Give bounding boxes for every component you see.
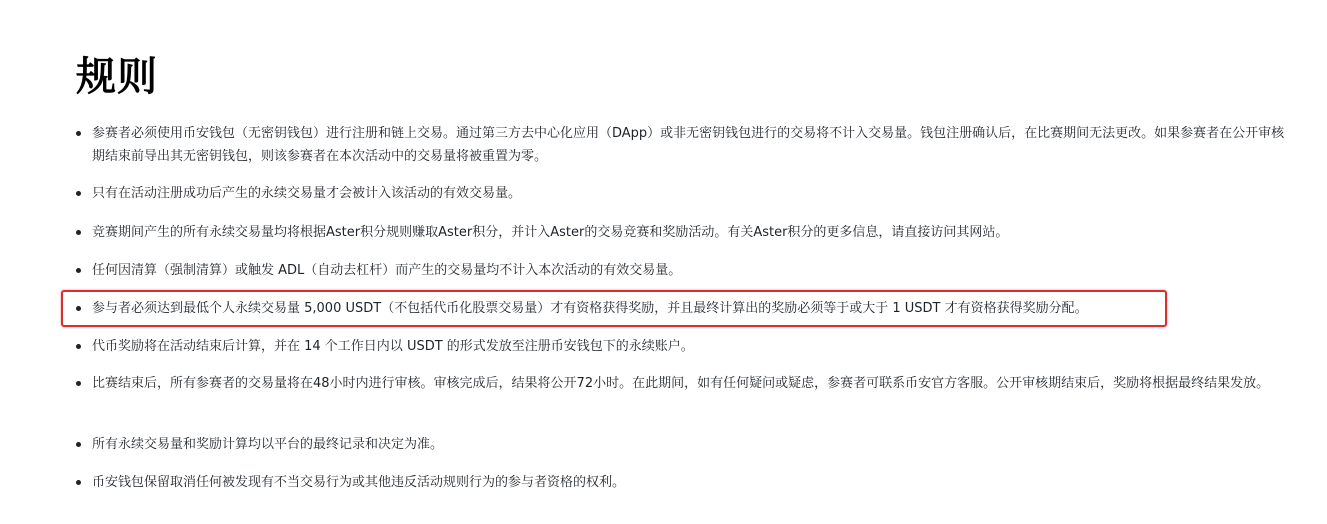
bullet-icon	[76, 191, 81, 196]
page-title: 规则	[76, 52, 158, 102]
bullet-icon	[76, 131, 81, 136]
rule-item: 代币奖励将在活动结束后计算，并在 14 个工作日内以 USDT 的形式发放至注册…	[76, 335, 1286, 358]
bullet-icon	[76, 480, 81, 485]
rule-item: 币安钱包保留取消任何被发现有不当交易行为或其他违反活动规则行为的参与者资格的权利…	[76, 471, 1286, 494]
bullet-icon	[76, 442, 81, 447]
rule-item: 参赛者必须使用币安钱包（无密钥钱包）进行注册和链上交易。通过第三方去中心化应用（…	[76, 122, 1286, 168]
bullet-icon	[76, 268, 81, 273]
rule-item: 任何因清算（强制清算）或触发 ADL（自动去杠杆）而产生的交易量均不计入本次活动…	[76, 259, 1286, 282]
rule-text: 币安钱包保留取消任何被发现有不当交易行为或其他违反活动规则行为的参与者资格的权利…	[92, 475, 625, 490]
rule-text: 参赛者必须使用币安钱包（无密钥钱包）进行注册和链上交易。通过第三方去中心化应用（…	[92, 126, 1284, 164]
rule-text: 代币奖励将在活动结束后计算，并在 14 个工作日内以 USDT 的形式发放至注册…	[92, 339, 694, 354]
highlight-annotation-box	[61, 290, 1167, 327]
rule-item: 竞赛期间产生的所有永续交易量均将根据Aster积分规则赚取Aster积分，并计入…	[76, 221, 1286, 244]
bullet-icon	[76, 381, 81, 386]
rule-item: 所有永续交易量和奖励计算均以平台的最终记录和决定为准。	[76, 433, 1286, 456]
rule-text: 只有在活动注册成功后产生的永续交易量才会被计入该活动的有效交易量。	[92, 186, 521, 201]
rule-item: 比赛结束后，所有参赛者的交易量将在48小时内进行审核。审核完成后，结果将公开72…	[76, 372, 1286, 395]
rule-text: 比赛结束后，所有参赛者的交易量将在48小时内进行审核。审核完成后，结果将公开72…	[92, 376, 1269, 391]
rule-item: 只有在活动注册成功后产生的永续交易量才会被计入该活动的有效交易量。	[76, 182, 1286, 205]
rule-text: 竞赛期间产生的所有永续交易量均将根据Aster积分规则赚取Aster积分，并计入…	[92, 225, 1008, 240]
bullet-icon	[76, 230, 81, 235]
bullet-icon	[76, 344, 81, 349]
rule-text: 所有永续交易量和奖励计算均以平台的最终记录和决定为准。	[92, 437, 443, 452]
rule-text: 任何因清算（强制清算）或触发 ADL（自动去杠杆）而产生的交易量均不计入本次活动…	[92, 263, 681, 278]
